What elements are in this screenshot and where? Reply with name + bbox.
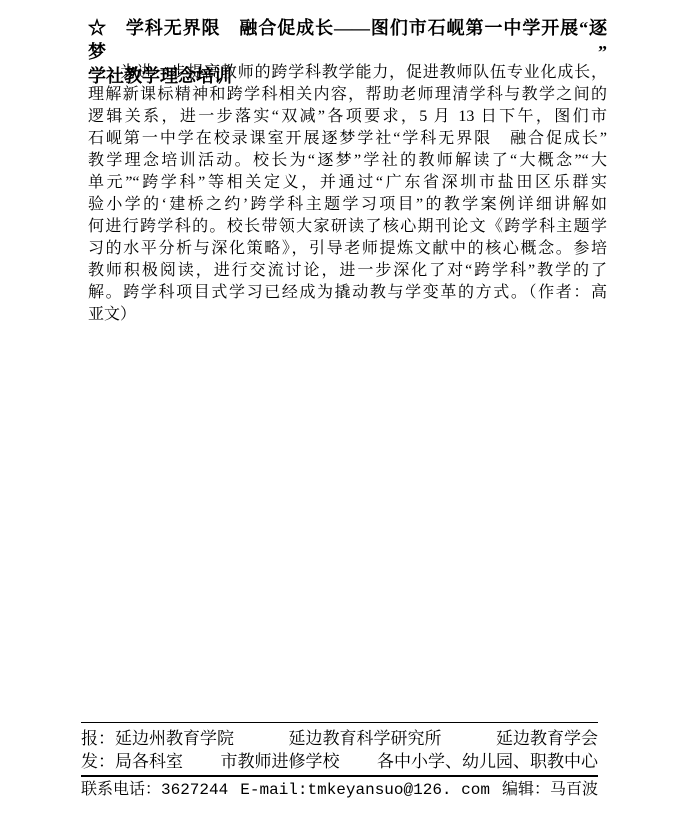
- body-paragraph: 为进一步提高教师的跨学科教学能力，促进教师队伍专业化成长， 理解新课标精神和跨学…: [88, 62, 607, 326]
- footer-divider-top: [81, 722, 598, 723]
- document-footer: 报：延边州教育学院 延边教育科学研究所 延边教育学会 发：局各科室 市教师进修学…: [81, 722, 598, 802]
- report-recipient-3: 延边教育学会: [496, 727, 598, 750]
- document-page: ☆ 学科无界限 融合促成长——图们市石岘第一中学开展“逐梦” 学社教学理念培训 …: [0, 0, 700, 821]
- footer-distribution-row: 发：局各科室 市教师进修学校 各中小学、幼儿园、职教中心: [81, 750, 598, 773]
- body-line: 为进一步提高教师的跨学科教学能力，促进教师队伍专业化成长，: [88, 62, 607, 84]
- distribution-recipient-1: 发：局各科室: [81, 750, 183, 773]
- footer-contact-row: 联系电话：3627244 E-mail:tmkeyansuo@126. com …: [81, 779, 598, 802]
- body-line: 亚文）: [88, 304, 607, 326]
- body-line: 教学理念培训活动。校长为“逐梦”学社的教师解读了“大概念”“大: [88, 150, 607, 172]
- body-line: 石岘第一中学在校录课室开展逐梦学社“学科无界限 融合促成长”: [88, 128, 607, 150]
- contact-phone: 联系电话：3627244: [81, 779, 228, 802]
- contact-editor: 编辑：马百波: [502, 779, 598, 802]
- title-line-1: ☆ 学科无界限 融合促成长——图们市石岘第一中学开展“逐梦”: [88, 16, 607, 64]
- footer-report-row: 报：延边州教育学院 延边教育科学研究所 延边教育学会: [81, 727, 598, 750]
- distribution-recipient-2: 市教师进修学校: [221, 750, 340, 773]
- body-line: 逻辑关系，进一步落实“双减”各项要求，5 月 13 日下午，图们市: [88, 106, 607, 128]
- body-line: 单元”“跨学科”等相关定义，并通过“广东省深圳市盐田区乐群实: [88, 172, 607, 194]
- star-icon: ☆: [88, 18, 107, 38]
- report-recipient-1: 报：延边州教育学院: [81, 727, 234, 750]
- footer-divider-middle: [81, 775, 598, 777]
- body-line: 解。跨学科项目式学习已经成为撬动教与学变革的方式。（作者：高: [88, 282, 607, 304]
- contact-email: E-mail:tmkeyansuo@126. com: [240, 779, 490, 802]
- body-line: 理解新课标精神和跨学科相关内容，帮助老师理清学科与教学之间的: [88, 84, 607, 106]
- body-line: 教师积极阅读，进行交流讨论，进一步深化了对“跨学科”教学的了: [88, 260, 607, 282]
- report-recipient-2: 延边教育科学研究所: [289, 727, 442, 750]
- distribution-recipient-3: 各中小学、幼儿园、职教中心: [377, 750, 598, 773]
- title-line-1-text: 学科无界限 融合促成长——图们市石岘第一中学开展“逐梦”: [88, 18, 607, 62]
- body-line: 何进行跨学科的。校长带领大家研读了核心期刊论文《跨学科主题学: [88, 216, 607, 238]
- body-line: 习的水平分析与深化策略》，引导老师提炼文献中的核心概念。参培: [88, 238, 607, 260]
- body-line: 验小学的‘建桥之约’跨学科主题学习项目”的教学案例详细讲解如: [88, 194, 607, 216]
